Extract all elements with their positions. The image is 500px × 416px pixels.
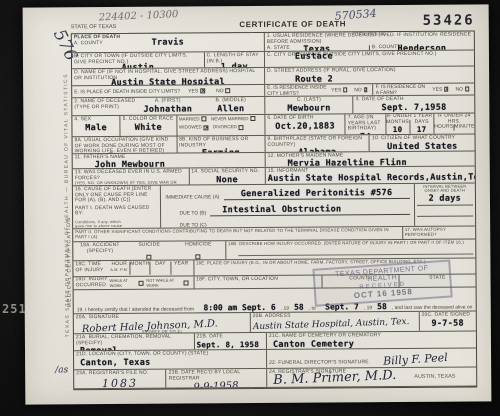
mother-name-value: Mervia Hazeltine Flinn bbox=[288, 157, 473, 167]
due-to-c-label: DUE TO (c) bbox=[180, 222, 207, 227]
cause-of-death-label: 16. CAUSE OF DEATH [Enter only one cause… bbox=[75, 187, 159, 204]
certify-from-value: 8:00 am Sept. 6 bbox=[198, 303, 280, 313]
part2-label: PART II. OTHER SIGNIFICANT CONDITIONS CO… bbox=[75, 228, 400, 240]
due-to-b-label: DUE TO (b) bbox=[179, 210, 206, 216]
birthplace-label: 9. BIRTHPLACE (State or foreign country) bbox=[267, 136, 367, 148]
days-value: 17 bbox=[410, 125, 433, 134]
res-street-value: Route 2 bbox=[295, 73, 472, 84]
pod-inside-limits-label: e. IS PLACE OF DEATH INSIDE CITY LIMITS? bbox=[74, 88, 180, 95]
hours-label: Hours bbox=[434, 125, 453, 131]
part1-label: PART I. DEATH WAS CAUSED BY: bbox=[75, 205, 159, 217]
certify-text-1: 19. I hereby certify that I attended the… bbox=[77, 306, 194, 313]
citizen-value: United States bbox=[372, 141, 473, 151]
date-signed-value: 9-7-58 bbox=[422, 318, 474, 328]
marital-divorced-label: Divorced bbox=[213, 124, 237, 129]
age-label: 7. AGE (In years last birthday) bbox=[348, 115, 383, 132]
immediate-cause-label: IMMEDIATE CAUSE (a) bbox=[165, 194, 219, 200]
certify-year2: 58 bbox=[372, 302, 392, 312]
homicide-checkbox bbox=[195, 254, 200, 259]
burial-location-value: Canton, Texas bbox=[80, 357, 264, 368]
time-of-injury-label: 18c. TIME OF INJURY bbox=[75, 262, 109, 275]
describe-injury-label: 18b. DESCRIBE HOW INJURY OCCURRED. (Ente… bbox=[228, 240, 473, 247]
sex-value: Male bbox=[74, 123, 117, 133]
certify-text-2: , and last saw the deceased alive on bbox=[392, 304, 473, 311]
certificate-title: CERTIFICATE OF DEATH bbox=[239, 19, 346, 29]
cause-margin-note: Conditions, if any, which gave rise to a… bbox=[75, 220, 127, 228]
certificate-form-grid: PLACE OF DEATH a. COUNTY Travis 1. USUAL… bbox=[71, 30, 477, 390]
res-inside-limits-label: e. IS RESIDENCE INSIDE CITY LIMITS? bbox=[267, 84, 327, 96]
marital-married-label: Married bbox=[179, 116, 200, 121]
margin-note: /as bbox=[55, 365, 68, 375]
while-at-work-label: WHILE AT WORK bbox=[110, 278, 137, 288]
res-inside-no-checkbox: ✕ bbox=[364, 87, 368, 92]
res-e-yes-label: YES bbox=[331, 87, 341, 93]
pod-no-checkbox bbox=[226, 88, 231, 93]
res-inside-yes-checkbox bbox=[343, 87, 347, 92]
ampm-label: a.m. p.m. bbox=[109, 267, 129, 271]
penciled-code: 224402 - 10300 bbox=[98, 9, 178, 23]
pod-yes-checkbox: ✕ bbox=[200, 88, 205, 93]
deceased-name-label: 2. NAME OF DECEASED (Type or print) bbox=[74, 99, 136, 114]
certificate-paper: 576 TEXAS STATE DEPARTMENT OF HEALTH — B… bbox=[23, 4, 492, 404]
injury-city-label: 18f. CITY, TOWN, OR LOCATION bbox=[196, 277, 320, 283]
interval-value: 2 days bbox=[417, 193, 473, 203]
res-farm-yes-checkbox: ✕ bbox=[444, 87, 448, 92]
marital-married-checkbox bbox=[202, 117, 207, 122]
hour-label: Hour bbox=[109, 262, 129, 268]
race-value: White bbox=[123, 122, 174, 132]
day-label: Day bbox=[151, 262, 171, 268]
marital-widowed-checkbox: ✕ bbox=[204, 125, 209, 130]
res-f-yes-label: YES bbox=[432, 86, 442, 92]
res-f-no-label: NO bbox=[455, 86, 463, 92]
due-to-b-value: Intestinal Obstruction bbox=[210, 204, 410, 216]
marital-never-checkbox bbox=[250, 116, 255, 121]
marital-divorced-checkbox bbox=[239, 125, 244, 130]
burial-type-label: 21a. BURIAL, CREMATION, REMOVAL (Specify… bbox=[76, 334, 192, 346]
suicide-checkbox bbox=[146, 255, 151, 260]
burial-date-value: Sept. 8, 1958 bbox=[197, 340, 264, 349]
birthplace-value: Alabama bbox=[268, 147, 368, 152]
state-file-no-handwritten: 570534 bbox=[334, 7, 377, 23]
ssn-label: 14. SOCIAL SECURITY NO. bbox=[191, 169, 262, 175]
state-of-texas-label: STATE OF TEXAS bbox=[71, 24, 117, 30]
date-of-death-value: Sept. 7,1958 bbox=[356, 102, 473, 113]
date-signed-label: 20c. DATE SIGNED bbox=[421, 312, 473, 318]
year-label: Year bbox=[171, 261, 191, 267]
res-e-no-label: NO bbox=[354, 87, 362, 93]
scanned-death-certificate: 576 TEXAS STATE DEPARTMENT OF HEALTH — B… bbox=[0, 0, 500, 416]
autopsy-label: 17. WAS AUTOPSY PERFORMED? bbox=[405, 227, 473, 237]
accident-label: 18a. ACCIDENT (Specify) bbox=[75, 243, 124, 255]
certify-year1: 58 bbox=[289, 303, 309, 313]
armed-forces-sublabel: (Yes, no, or unknown) (If yes, give war … bbox=[75, 181, 187, 186]
ssn-value: None bbox=[191, 175, 262, 185]
interval-label: INTERVAL BETWEEN ONSET AND DEATH bbox=[417, 184, 473, 193]
immediate-cause-value: Generalized Peritonitis #576 bbox=[223, 188, 409, 200]
cemetery-name-value: Canton Cemetery bbox=[273, 338, 474, 349]
pod-no-label: NO bbox=[216, 88, 224, 94]
age-value: 74 bbox=[348, 132, 383, 134]
not-while-at-work-checkbox bbox=[184, 280, 189, 285]
while-at-work-checkbox bbox=[139, 280, 144, 285]
marital-never-label: Never Married bbox=[211, 116, 249, 121]
month-label: Month bbox=[130, 262, 150, 268]
informant-value: Austin State Hospital Records,Austin,Tex… bbox=[268, 172, 473, 183]
scan-margin-number: 251 bbox=[2, 302, 27, 316]
business-value: Farming bbox=[179, 148, 263, 152]
funeral-director-label: 22. FUNERAL DIRECTOR'S SIGNATURE bbox=[269, 359, 369, 366]
minutes-label: Minutes bbox=[454, 125, 474, 131]
last-name-value: Mewbourn bbox=[267, 103, 351, 114]
registrar-city-stamp: AUSTIN, TEXAS bbox=[414, 374, 455, 380]
funeral-director-signature: Billy F. Peel bbox=[383, 351, 448, 368]
race-label: 5. COLOR OR RACE bbox=[123, 117, 174, 123]
months-value: 10 bbox=[386, 125, 409, 134]
first-name-value: Johnathan bbox=[136, 104, 199, 114]
res-farm-label: f. IS RESIDENCE ON A FARM? bbox=[376, 83, 429, 95]
res-farm-no-checkbox bbox=[465, 87, 469, 92]
certificate-number-stamp: 53426 bbox=[405, 12, 475, 28]
not-while-at-work-label: NOT WHILE AT WORK bbox=[146, 278, 181, 288]
pod-yes-label: YES bbox=[188, 88, 198, 94]
injury-occurred-label: 18d. INJURY OCCURRED bbox=[76, 277, 110, 288]
father-name-value: John Mewbourn bbox=[95, 159, 263, 169]
date-of-birth-value: Oct.20,1883 bbox=[267, 121, 342, 132]
registrar-file-no-value: 1083 bbox=[76, 376, 164, 388]
business-label: 8b. KIND OF BUSINESS OR INDUSTRY bbox=[179, 137, 263, 149]
middle-name-value: Allen bbox=[199, 104, 262, 114]
homicide-label: HOMICIDE bbox=[174, 242, 223, 248]
marital-widowed-label: Widowed bbox=[179, 125, 202, 130]
suicide-label: SUICIDE bbox=[125, 243, 174, 249]
